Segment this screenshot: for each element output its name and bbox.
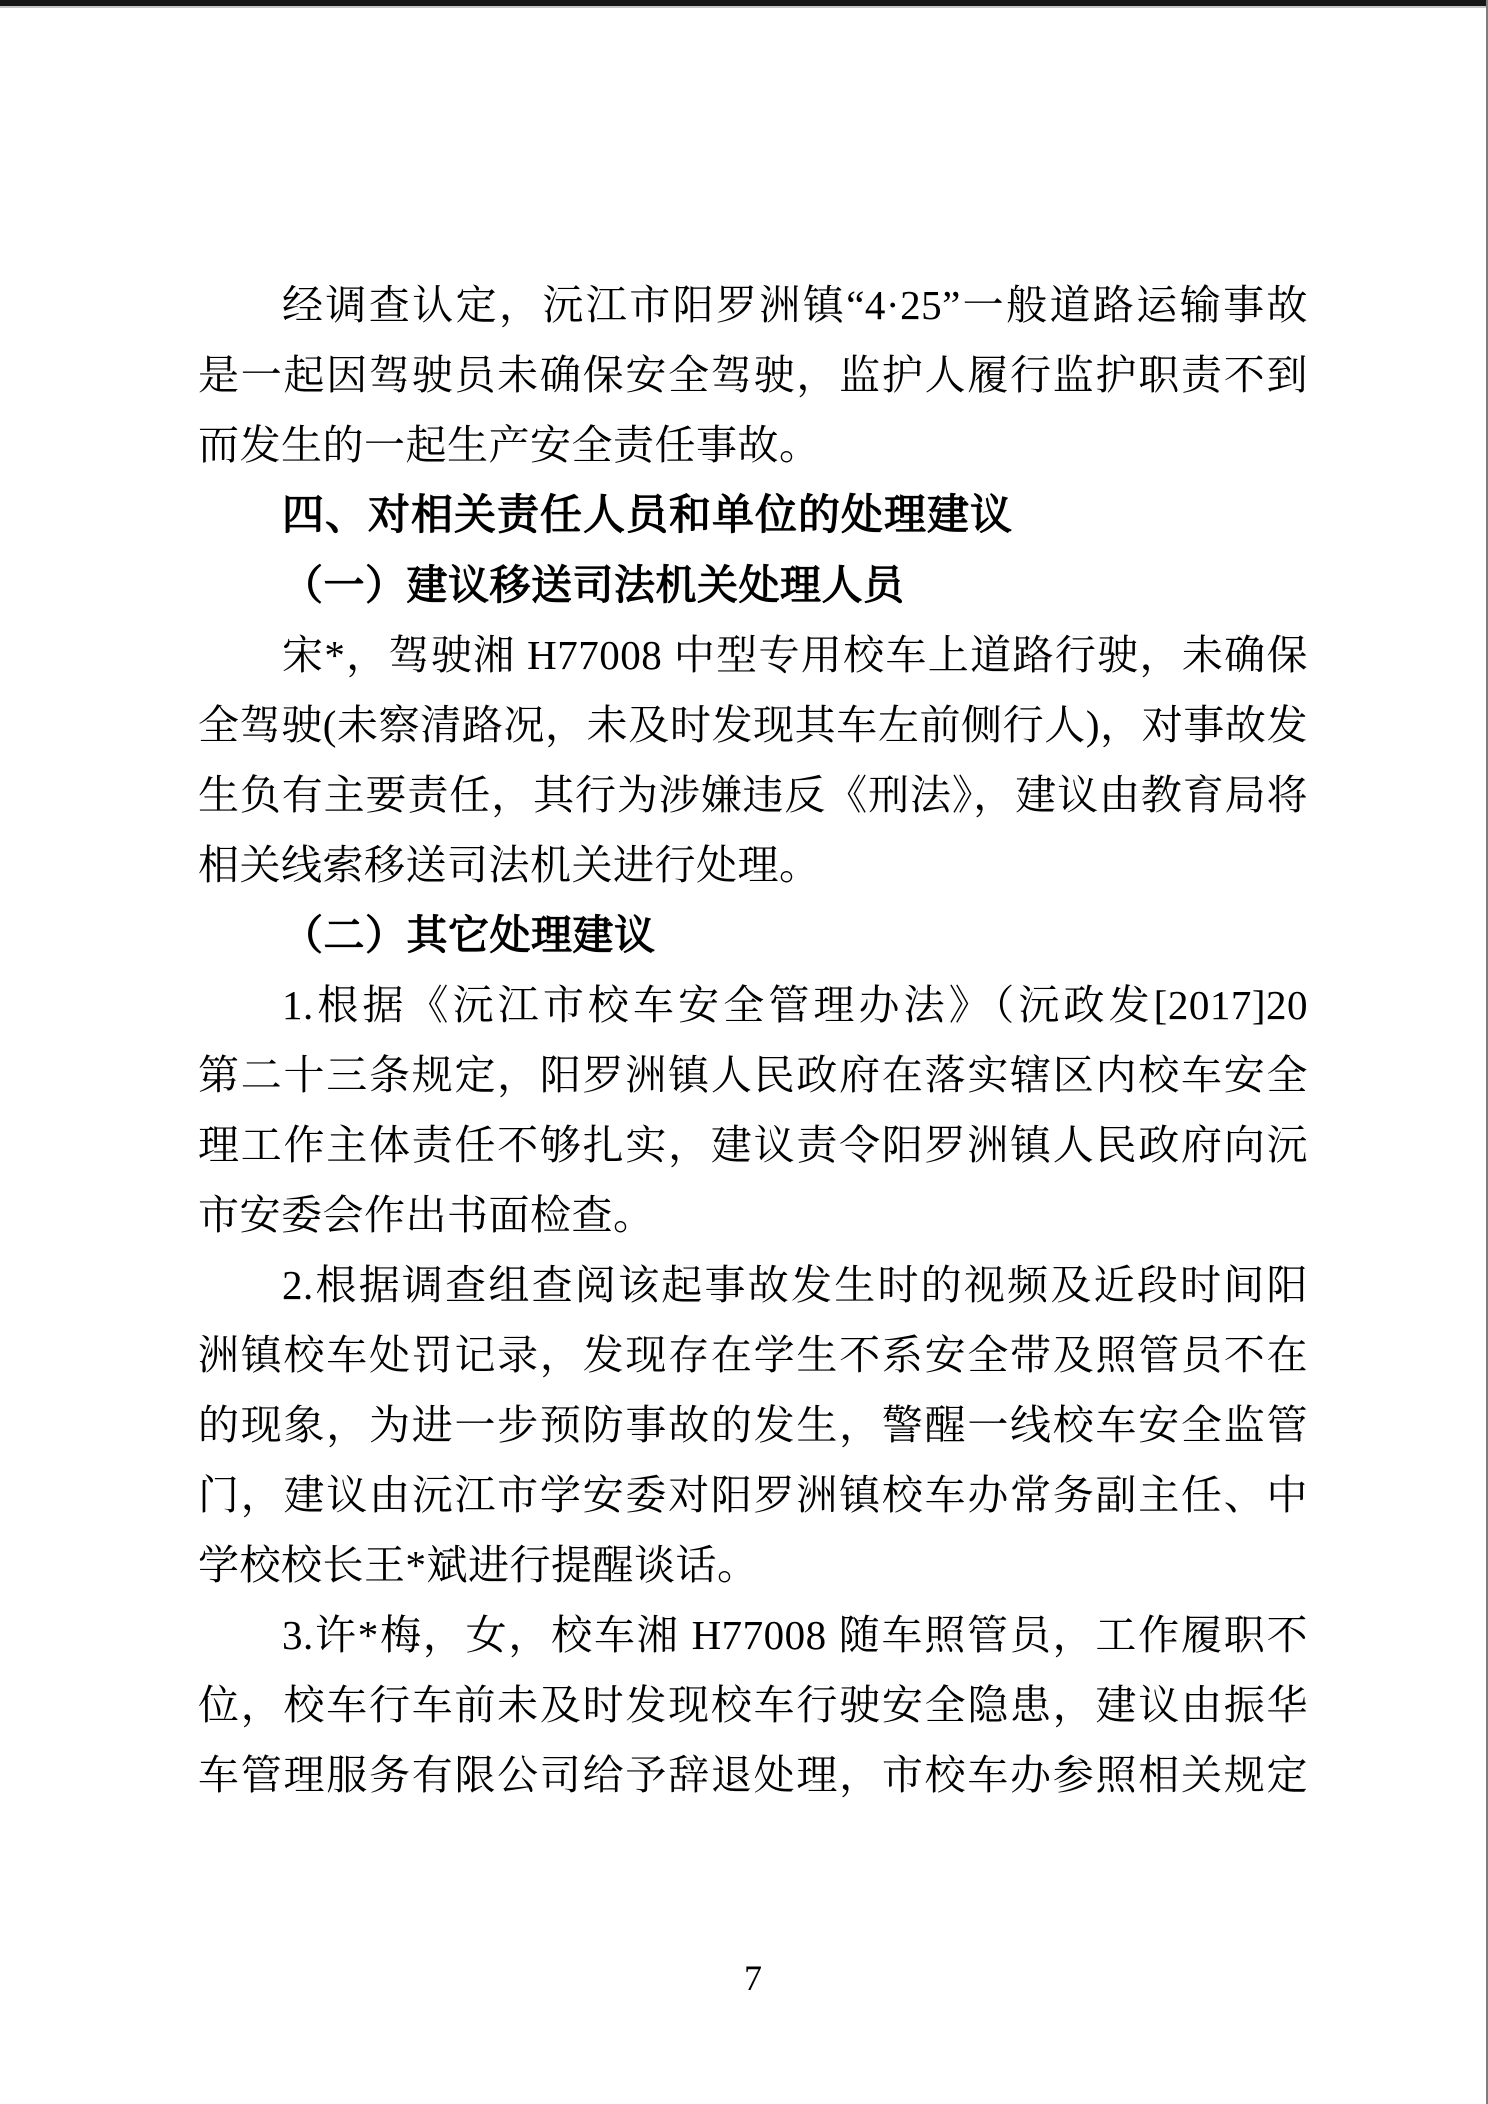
- text-line: 洲镇校车处罚记录，发现存在学生不系安全带及照管员不在岗: [198, 1320, 1308, 1390]
- text-line: 是一起因驾驶员未确保安全驾驶，监护人履行监护职责不到位: [198, 340, 1308, 410]
- text-line: 宋*，驾驶湘 H77008 中型专用校车上道路行驶，未确保安: [198, 620, 1308, 690]
- text-line: 位，校车行车前未及时发现校车行驶安全隐患，建议由振华校: [198, 1670, 1308, 1740]
- scan-top-bar-shadow: [0, 6, 1488, 8]
- text-line: 生负有主要责任，其行为涉嫌违反《刑法》，建议由教育局将: [198, 760, 1308, 830]
- text-line: 的现象，为进一步预防事故的发生，警醒一线校车安全监管部: [198, 1390, 1308, 1460]
- text-line: 2.根据调查组查阅该起事故发生时的视频及近段时间阳罗: [198, 1250, 1308, 1320]
- paragraph: 经调查认定，沅江市阳罗洲镇“4·25”一般道路运输事故是一起因驾驶员未确保安全驾…: [198, 270, 1308, 480]
- document-body: 经调查认定，沅江市阳罗洲镇“4·25”一般道路运输事故是一起因驾驶员未确保安全驾…: [198, 270, 1308, 1810]
- text-line: （一）建议移送司法机关处理人员: [198, 550, 1308, 620]
- text-line: 经调查认定，沅江市阳罗洲镇“4·25”一般道路运输事故: [198, 270, 1308, 340]
- paragraph: 2.根据调查组查阅该起事故发生时的视频及近段时间阳罗洲镇校车处罚记录，发现存在学…: [198, 1250, 1308, 1600]
- text-line: 全驾驶(未察清路况，未及时发现其车左前侧行人)，对事故发: [198, 690, 1308, 760]
- text-line: 车管理服务有限公司给予辞退处理，市校车办参照相关规定禁: [198, 1740, 1308, 1810]
- text-line: 3.许*梅，女，校车湘 H77008 随车照管员，工作履职不到: [198, 1600, 1308, 1670]
- text-line: 相关线索移送司法机关进行处理。: [198, 830, 1308, 900]
- text-line: 而发生的一起生产安全责任事故。: [198, 410, 1308, 480]
- page-number: 7: [198, 1948, 1308, 2008]
- paragraph: 宋*，驾驶湘 H77008 中型专用校车上道路行驶，未确保安全驾驶(未察清路况，…: [198, 620, 1308, 900]
- text-line: 1.根据《沅江市校车安全管理办法》（沅政发[2017]20 号）: [198, 970, 1308, 1040]
- text-line: 第二十三条规定，阳罗洲镇人民政府在落实辖区内校车安全管: [198, 1040, 1308, 1110]
- subsection-heading: （一）建议移送司法机关处理人员: [198, 550, 1308, 620]
- text-line: 理工作主体责任不够扎实，建议责令阳罗洲镇人民政府向沅江: [198, 1110, 1308, 1180]
- section-heading: 四、对相关责任人员和单位的处理建议: [198, 480, 1308, 550]
- text-line: 学校校长王*斌进行提醒谈话。: [198, 1530, 1308, 1600]
- text-line: 门，建议由沅江市学安委对阳罗洲镇校车办常务副主任、中心: [198, 1460, 1308, 1530]
- paragraph: 1.根据《沅江市校车安全管理办法》（沅政发[2017]20 号）第二十三条规定，…: [198, 970, 1308, 1250]
- text-line: （二）其它处理建议: [198, 900, 1308, 970]
- text-line: 四、对相关责任人员和单位的处理建议: [198, 480, 1308, 550]
- text-line: 市安委会作出书面检查。: [198, 1180, 1308, 1250]
- subsection-heading: （二）其它处理建议: [198, 900, 1308, 970]
- paragraph: 3.许*梅，女，校车湘 H77008 随车照管员，工作履职不到位，校车行车前未及…: [198, 1600, 1308, 1810]
- document-page: { "page": { "number": "7", "top_bar_colo…: [0, 0, 1488, 2104]
